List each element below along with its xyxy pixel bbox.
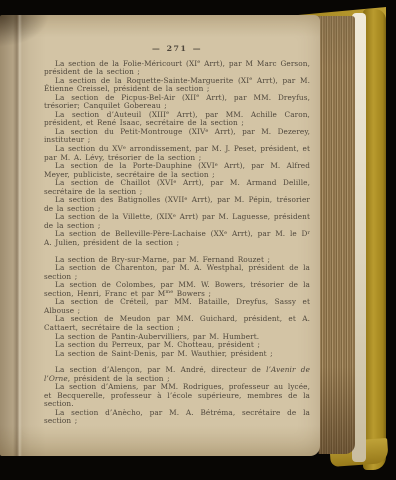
paragraph: La section de la Roquette-Sainte-Marguer… [44,77,310,94]
paragraph: La section de la Porte-Dauphine (XVIe Ar… [44,162,310,179]
paragraph: La section de Colombes, par MM. W. Bower… [44,281,310,298]
paragraph: La section de Belleville-Père-Lachaise (… [44,230,310,247]
paragraph: La section de Charenton, par M. A. Westp… [44,264,310,281]
book-page: — 271 — La section de la Folie-Méricourt… [0,15,320,456]
paragraph: La section de Meudon par MM. Guichard, p… [44,315,310,332]
page-gutter-shadow [13,15,22,456]
paragraph: La section de Saint-Denis, par M. Wauthi… [44,350,310,359]
paragraph: La section de Picpus-Bel-Air (XIIe Arrt)… [44,94,310,111]
paragraph: La section de la Villette, (XIXe Arrt) p… [44,213,310,230]
book-cover-edge [363,9,386,470]
paragraph: La section d’Anècho, par M. A. Bétréma, … [44,409,310,426]
page-text-block: — 271 — La section de la Folie-Méricourt… [44,45,310,426]
paragraph: La section d’Amiens, par MM. Rodrigues, … [44,383,310,409]
paragraph: La section d’Alençon, par M. André, dire… [44,366,310,383]
paragraph-list: La section de la Folie-Méricourt (XIe Ar… [44,60,310,426]
paragraph: La section de Créteil, par MM. Bataille,… [44,298,310,315]
paragraph: La section du XVe arrondissement, par M.… [44,145,310,162]
page-number: — 271 — [44,45,310,54]
paragraph: La section des Batignolles (XVIIe Arrt),… [44,196,310,213]
paragraph: La section de la Folie-Méricourt (XIe Ar… [44,60,310,77]
paragraph: La section d’Auteuil (XIIIe Arrt), par M… [44,111,310,128]
paragraph: La section du Petit-Montrouge (XIVe Arrt… [44,128,310,145]
paragraph: La section de Chaillot (XVIe Arrt), par … [44,179,310,196]
